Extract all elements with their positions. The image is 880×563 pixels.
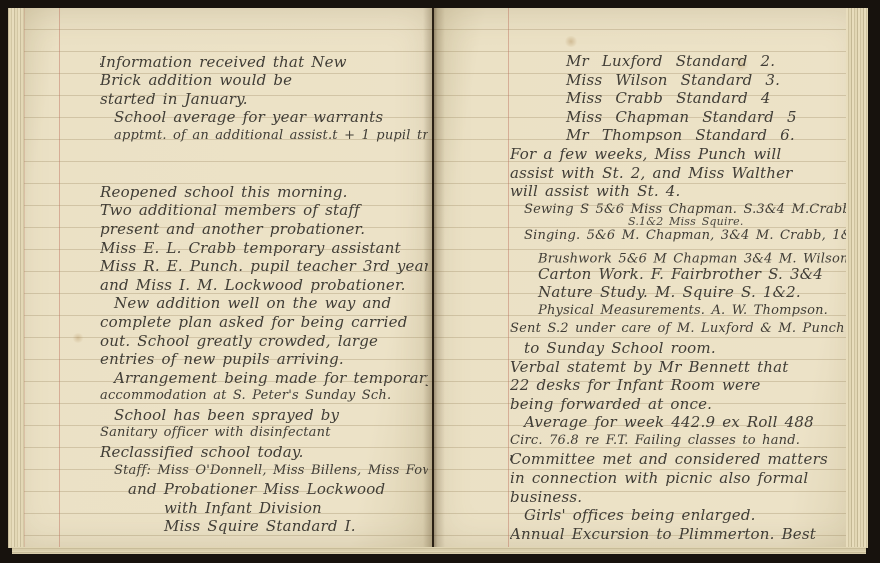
journal-line: Feby 6thVerbal statemt by Mr Bennett tha… [510, 358, 864, 377]
journal-line: Singing. 5&6 M. Chapman, 3&4 M. Crabb, 1… [524, 227, 864, 246]
journal-line: Brick addition would be [100, 71, 428, 90]
left-page: 19139th. Decr.Information received that … [12, 8, 432, 548]
journal-line: School has been sprayed by [114, 406, 428, 425]
line-text: School average for year warrants [114, 108, 383, 126]
journal-line: Girls' offices being enlarged. [524, 506, 864, 525]
line-text: Physical Measurements. A. W. Thompson. [538, 303, 828, 318]
page-stack-edge-right [846, 8, 868, 548]
journal-line: and Probationer Miss Lockwood [128, 480, 428, 499]
line-text: Singing. 5&6 M. Chapman, 3&4 M. Crabb, 1… [524, 228, 864, 243]
line-text: Miss Squire Standard I. [164, 517, 356, 535]
right-page: Mr Luxford Standard 2.Miss Wilson Standa… [434, 8, 866, 548]
line-text: and Probationer Miss Lockwood [128, 480, 385, 498]
journal-line: with Infant Division [164, 499, 428, 518]
journal-line: present and another probationer. [100, 220, 428, 239]
line-text: Circ. 76.8 re F.T. Failing classes to ha… [510, 433, 800, 448]
year-heading: 1914. [100, 164, 428, 183]
journal-line: 12th FebyCommittee met and considered ma… [510, 450, 864, 469]
journal-line: complete plan asked for being carried [100, 313, 428, 332]
journal-line: out. School greatly crowded, large [100, 332, 428, 351]
line-text: Staff: Miss O'Donnell, Miss Billens, Mis… [114, 463, 428, 478]
journal-line: Arrangement being made for temporary [114, 369, 428, 388]
journal-line: accommodation at S. Peter's Sunday Sch. [100, 387, 428, 406]
line-text: Brick addition would be [100, 71, 292, 89]
right-page-text: Mr Luxford Standard 2.Miss Wilson Standa… [510, 52, 864, 540]
logbook-spread: 19139th. Decr.Information received that … [0, 0, 880, 563]
journal-line: Two additional members of staff [100, 201, 428, 220]
page-stain [564, 36, 578, 47]
journal-line: being forwarded at once. [510, 395, 864, 414]
journal-line: Feb. 3rdReclassified school today. [100, 443, 428, 462]
line-text: out. School greatly crowded, large [100, 332, 378, 350]
journal-line: entries of new pupils arriving. [100, 350, 428, 369]
line-text: Arrangement being made for temporary [114, 369, 428, 387]
line-text: Reopened school this morning. [100, 183, 348, 201]
journal-line: 11th Feb.Circ. 76.8 re F.T. Failing clas… [510, 432, 864, 451]
line-text: Mr Luxford Standard 2. [566, 52, 775, 70]
line-text: Two additional members of staff [100, 201, 360, 219]
line-text: Girls' offices being enlarged. [524, 506, 756, 524]
journal-line: New addition well on the way and [114, 294, 428, 313]
line-text: New addition well on the way and [114, 294, 391, 312]
journal-line: Feb. 2ndReopened school this morning. [100, 183, 428, 202]
line-text: Nature Study. M. Squire S. 1&2. [538, 283, 801, 301]
journal-line: apptmt. of an additional assist.t + 1 pu… [114, 127, 428, 146]
journal-line: Miss E. L. Crabb temporary assistant [100, 239, 428, 258]
journal-line: S.1&2 Miss Squire. [628, 216, 864, 227]
line-text: Miss R. E. Punch. pupil teacher 3rd year [100, 257, 428, 275]
line-text: in connection with picnic also formal [510, 469, 808, 487]
journal-line: Staff: Miss O'Donnell, Miss Billens, Mis… [114, 462, 428, 481]
journal-line: 9th. Decr.Information received that New [100, 53, 428, 72]
line-text: started in January. [100, 90, 248, 108]
journal-line: Miss R. E. Punch. pupil teacher 3rd year [100, 257, 428, 276]
line-text: Miss Chapman Standard 5 [566, 108, 797, 126]
line-text: accommodation at S. Peter's Sunday Sch. [100, 388, 391, 403]
page-stack-edge-bottom [12, 547, 866, 554]
left-page-margin-rule [59, 8, 60, 548]
line-text: 22 desks for Infant Room were [510, 376, 761, 394]
line-text: business. [510, 488, 582, 506]
journal-line: 22 desks for Infant Room were [510, 376, 864, 395]
journal-line: Mr Thompson Standard 6. [566, 126, 864, 145]
journal-line: Febry 5thSent S.2 under care of M. Luxfo… [510, 320, 864, 339]
line-text: assist with St. 2, and Miss Walther [510, 164, 793, 182]
line-text: being forwarded at once. [510, 395, 712, 413]
journal-line: Sanitary officer with disinfectant [100, 424, 428, 443]
journal-line: started in January. [100, 90, 428, 109]
line-text: Annual Excursion to Plimmerton. Best [510, 525, 816, 540]
right-page-margin-rule [508, 8, 509, 548]
journal-line [100, 146, 428, 165]
line-text: Carton Work. F. Fairbrother S. 3&4 [538, 265, 823, 283]
line-text: Miss E. L. Crabb temporary assistant [100, 239, 401, 257]
journal-line: will assist with St. 4. [510, 182, 864, 201]
line-text: Sent S.2 under care of M. Luxford & M. P… [510, 321, 845, 336]
page-stack-edge-left [8, 8, 24, 548]
journal-line: Average for week 442.9 ex Roll 488 [524, 413, 864, 432]
line-text: apptmt. of an additional assist.t + 1 pu… [114, 128, 428, 143]
line-text: Verbal statemt by Mr Bennett that [510, 358, 789, 376]
line-text: Information received that New [100, 53, 347, 71]
journal-line: School average for year warrants [114, 108, 428, 127]
line-text: Miss Wilson Standard 3. [566, 71, 780, 89]
line-text: School has been sprayed by [114, 406, 339, 424]
line-text: present and another probationer. [100, 220, 365, 238]
journal-line: assist with St. 2, and Miss Walther [510, 164, 864, 183]
page-stain [72, 333, 84, 343]
line-text: Miss Crabb Standard 4 [566, 89, 771, 107]
line-text: and Miss I. M. Lockwood probationer. [100, 276, 406, 294]
line-text: Reclassified school today. [100, 443, 304, 461]
line-text: Committee met and considered matters [510, 450, 828, 468]
line-text: For a few weeks, Miss Punch will [510, 145, 781, 163]
journal-line: Miss Wilson Standard 3. [566, 71, 864, 90]
line-text: complete plan asked for being carried [100, 313, 408, 331]
journal-line: business. [510, 488, 864, 507]
line-text: entries of new pupils arriving. [100, 350, 344, 368]
left-page-edge-rule [24, 8, 25, 548]
line-text: Average for week 442.9 ex Roll 488 [524, 413, 814, 431]
book-gutter-fold [423, 8, 445, 548]
line-text: will assist with St. 4. [510, 182, 680, 200]
journal-line: in connection with picnic also formal [510, 469, 864, 488]
journal-line: Miss Squire Standard I. [164, 517, 428, 536]
journal-line: Miss Chapman Standard 5 [566, 108, 864, 127]
line-text: Sanitary officer with disinfectant [100, 425, 331, 440]
journal-line: Nature Study. M. Squire S. 1&2. [538, 283, 864, 302]
line-text: with Infant Division [164, 499, 322, 517]
line-text: to Sunday School room. [524, 339, 716, 357]
left-page-text: 19139th. Decr.Information received that … [100, 34, 428, 538]
journal-line: Physical Measurements. A. W. Thompson. [538, 302, 864, 321]
year-heading: 1913 [100, 34, 428, 53]
journal-line: Mr Luxford Standard 2. [566, 52, 864, 71]
journal-line: Brushwork 5&6 M Chapman 3&4 M. WilsonMis… [538, 246, 864, 265]
journal-line: and Miss I. M. Lockwood probationer. [100, 276, 428, 295]
journal-line: 13th Feb.Annual Excursion to Plimmerton.… [510, 525, 864, 540]
journal-line: Carton Work. F. Fairbrother S. 3&4 [538, 265, 864, 284]
line-text: Mr Thompson Standard 6. [566, 126, 795, 144]
journal-line: Miss Crabb Standard 4 [566, 89, 864, 108]
journal-line: For a few weeks, Miss Punch will [510, 145, 864, 164]
journal-line: to Sunday School room. [524, 339, 864, 358]
